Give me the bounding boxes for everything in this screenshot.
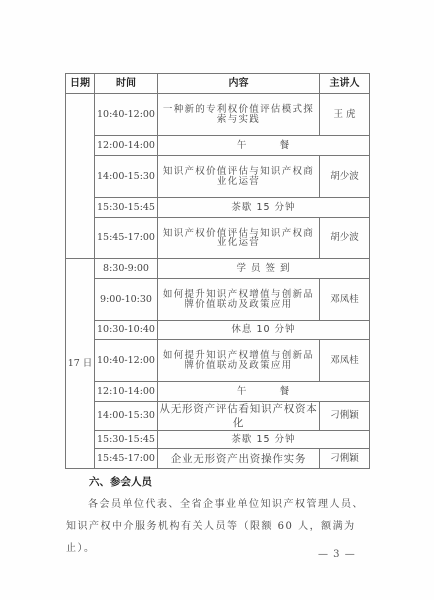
table-row: 15:45-17:00 企业无形资产出资操作实务 刁俐颖: [66, 449, 370, 469]
time-cell: 14:00-15:30: [95, 156, 158, 198]
table-header-row: 日期 时间 内容 主讲人: [66, 74, 370, 94]
speaker-cell: 刁俐颖: [320, 402, 370, 431]
time-cell: 15:30-15:45: [95, 431, 158, 449]
table-row: 17 日 8:30-9:00 学 员 签 到: [66, 259, 370, 279]
table-row: 15:30-15:45 茶歇 15 分钟: [66, 431, 370, 449]
table-row: 14:00-15:30 从无形资产评估看知识产权资本化 刁俐颖: [66, 402, 370, 431]
document-page: 日期 时间 内容 主讲人 10:40-12:00 一种新的专利权价值评估模式探索…: [0, 0, 434, 600]
time-cell: 9:00-10:30: [95, 279, 158, 321]
time-cell: 14:00-15:30: [95, 402, 158, 431]
table-row: 14:00-15:30 知识产权价值评估与知识产权商业化运营 胡少波: [66, 156, 370, 198]
table-row: 12:00-14:00 午 餐: [66, 136, 370, 156]
time-cell: 15:45-17:00: [95, 218, 158, 259]
table-row: 15:30-15:45 茶歇 15 分钟: [66, 198, 370, 218]
time-cell: 15:30-15:45: [95, 198, 158, 218]
time-cell: 12:10-14:00: [95, 382, 158, 402]
content-cell: 知识产权价值评估与知识产权商业化运营: [158, 156, 320, 198]
content-cell: 企业无形资产出资操作实务: [158, 449, 320, 469]
table-row: 15:45-17:00 知识产权价值评估与知识产权商业化运营 胡少波: [66, 218, 370, 259]
break-cell: 休息 10 分钟: [158, 321, 370, 340]
header-content: 内容: [158, 74, 320, 94]
speaker-cell: 胡少波: [320, 156, 370, 198]
day2-date-cell: 17 日: [66, 259, 95, 469]
speaker-cell: 胡少波: [320, 218, 370, 259]
content-cell: 一种新的专利权价值评估模式探索与实践: [158, 94, 320, 136]
speaker-cell: 邓凤桂: [320, 279, 370, 321]
table-row: 10:40-12:00 如何提升知识产权增值与创新品牌价值联动及政策应用 邓凤桂: [66, 340, 370, 382]
content-cell: 如何提升知识产权增值与创新品牌价值联动及政策应用: [158, 279, 320, 321]
section-heading: 六、参会人员: [89, 474, 152, 489]
time-cell: 10:40-12:00: [95, 94, 158, 136]
schedule-table: 日期 时间 内容 主讲人 10:40-12:00 一种新的专利权价值评估模式探索…: [65, 73, 370, 469]
table-row: 10:40-12:00 一种新的专利权价值评估模式探索与实践 王 虎: [66, 94, 370, 136]
header-speaker: 主讲人: [320, 74, 370, 94]
time-cell: 12:00-14:00: [95, 136, 158, 156]
break-cell: 茶歇 15 分钟: [158, 431, 370, 449]
table-row: 10:30-10:40 休息 10 分钟: [66, 321, 370, 340]
header-date: 日期: [66, 74, 95, 94]
speaker-cell: 刁俐颖: [320, 449, 370, 469]
content-cell: 从无形资产评估看知识产权资本化: [158, 402, 320, 431]
break-cell: 午 餐: [158, 136, 370, 156]
content-cell: 如何提升知识产权增值与创新品牌价值联动及政策应用: [158, 340, 320, 382]
time-cell: 10:40-12:00: [95, 340, 158, 382]
table-row: 9:00-10:30 如何提升知识产权增值与创新品牌价值联动及政策应用 邓凤桂: [66, 279, 370, 321]
break-cell: 学 员 签 到: [158, 259, 370, 279]
time-cell: 10:30-10:40: [95, 321, 158, 340]
speaker-cell: 邓凤桂: [320, 340, 370, 382]
time-cell: 8:30-9:00: [95, 259, 158, 279]
header-time: 时间: [95, 74, 158, 94]
day1-date-cell: [66, 94, 95, 259]
time-cell: 15:45-17:00: [95, 449, 158, 469]
speaker-cell: 王 虎: [320, 94, 370, 136]
page-number: — 3 —: [318, 549, 356, 560]
break-cell: 午 餐: [158, 382, 370, 402]
content-cell: 知识产权价值评估与知识产权商业化运营: [158, 218, 320, 259]
break-cell: 茶歇 15 分钟: [158, 198, 370, 218]
table-row: 12:10-14:00 午 餐: [66, 382, 370, 402]
